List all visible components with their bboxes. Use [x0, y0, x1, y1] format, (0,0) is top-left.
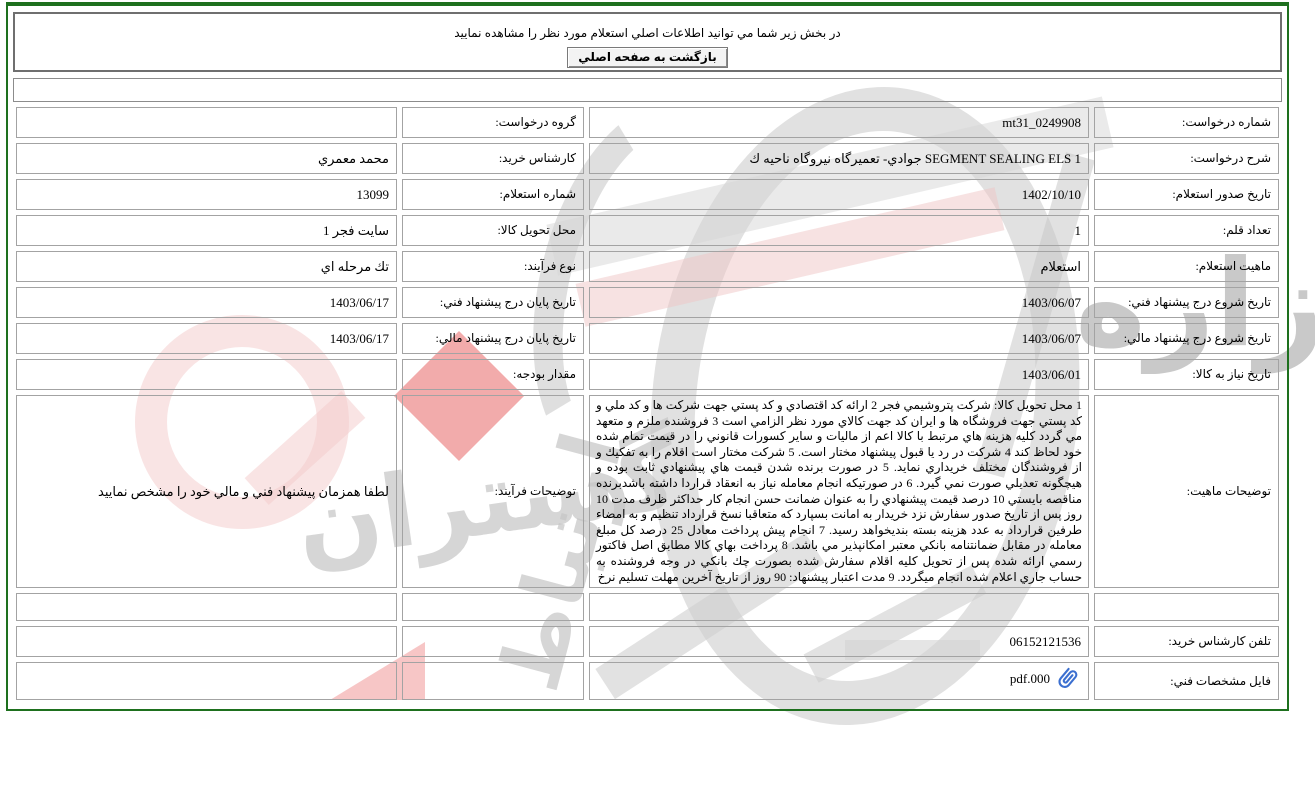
field-label-cell: نوع فرآيند:: [402, 251, 584, 282]
field-label-cell: مقدار بودجه:: [402, 359, 584, 390]
table-row: تعداد قلم:1محل تحويل كالا:سايت فجر 1: [16, 215, 1279, 246]
field-value-cell: لطفا همزمان پيشنهاد فني و مالي خود را مش…: [16, 395, 397, 588]
field-value-cell: محمد معمري: [16, 143, 397, 174]
inquiry-info-table: شماره درخواست:mt31_0249908گروه درخواست:ش…: [11, 102, 1284, 705]
field-label-cell: تلفن كارشناس خريد:: [1094, 626, 1279, 657]
empty-row-box: [13, 78, 1282, 102]
field-label-cell: توضيحات فرآيند:: [402, 395, 584, 588]
field-value-cell: [16, 593, 397, 621]
field-value-cell: [16, 626, 397, 657]
notice-text: در بخش زير شما مي توانيد اطلاعات اصلي اس…: [15, 14, 1280, 40]
table-row: فايل مشخصات فني:pdf.000: [16, 662, 1279, 700]
field-value-cell: تك مرحله اي: [16, 251, 397, 282]
field-label-cell: [402, 626, 584, 657]
field-label-cell: گروه درخواست:: [402, 107, 584, 138]
field-value-cell: [16, 359, 397, 390]
field-value-cell: 1403/06/07: [589, 323, 1089, 354]
field-label-cell: شرح درخواست:: [1094, 143, 1279, 174]
field-label-cell: فايل مشخصات فني:: [1094, 662, 1279, 700]
table-row: شرح درخواست:SEGMENT SEALING ELS 1 جوادي-…: [16, 143, 1279, 174]
table-row: تاريخ صدور استعلام:1402/10/10شماره استعل…: [16, 179, 1279, 210]
field-label-cell: شماره درخواست:: [1094, 107, 1279, 138]
table-row: تلفن كارشناس خريد:06152121536: [16, 626, 1279, 657]
table-row: شماره درخواست:mt31_0249908گروه درخواست:: [16, 107, 1279, 138]
field-label-cell: كارشناس خريد:: [402, 143, 584, 174]
field-label-cell: تاريخ شروع درج پيشنهاد مالي:: [1094, 323, 1279, 354]
field-value-cell: 06152121536: [589, 626, 1089, 657]
field-value-cell: [589, 593, 1089, 621]
field-label-cell: تاريخ شروع درج پيشنهاد فني:: [1094, 287, 1279, 318]
field-value-cell: [16, 662, 397, 700]
table-row: تاريخ شروع درج پيشنهاد مالي:1403/06/07تا…: [16, 323, 1279, 354]
field-value-cell: 1403/06/01: [589, 359, 1089, 390]
info-table-body: شماره درخواست:mt31_0249908گروه درخواست:ش…: [16, 107, 1279, 700]
table-row: تاريخ نياز به كالا:1403/06/01مقدار بودجه…: [16, 359, 1279, 390]
field-value-cell: pdf.000: [589, 662, 1089, 700]
table-row: تاريخ شروع درج پيشنهاد فني:1403/06/07تار…: [16, 287, 1279, 318]
field-value-cell: سايت فجر 1: [16, 215, 397, 246]
attachment-link[interactable]: pdf.000: [1010, 665, 1081, 693]
table-row: ماهيت استعلام:استعلامنوع فرآيند:تك مرحله…: [16, 251, 1279, 282]
back-to-home-button[interactable]: بازگشت به صفحه اصلي: [567, 47, 728, 68]
field-value-cell: 1403/06/17: [16, 323, 397, 354]
field-value-cell: mt31_0249908: [589, 107, 1089, 138]
field-label-cell: محل تحويل كالا:: [402, 215, 584, 246]
attachment-filename[interactable]: pdf.000: [1010, 671, 1050, 687]
field-label-cell: تاريخ پايان درج پيشنهاد فني:: [402, 287, 584, 318]
field-value-cell: 1402/10/10: [589, 179, 1089, 210]
field-label-cell: تاريخ پايان درج پيشنهاد مالي:: [402, 323, 584, 354]
table-row: [16, 593, 1279, 621]
field-label-cell: شماره استعلام:: [402, 179, 584, 210]
field-label-cell: [1094, 593, 1279, 621]
field-label-cell: ماهيت استعلام:: [1094, 251, 1279, 282]
field-label-cell: تاريخ صدور استعلام:: [1094, 179, 1279, 210]
field-value-cell: 13099: [16, 179, 397, 210]
field-value-cell: SEGMENT SEALING ELS 1 جوادي- تعميرگاه ني…: [589, 143, 1089, 174]
field-value-cell: 1403/06/17: [16, 287, 397, 318]
field-label-cell: تعداد قلم:: [1094, 215, 1279, 246]
field-label-cell: تاريخ نياز به كالا:: [1094, 359, 1279, 390]
field-value-cell: استعلام: [589, 251, 1089, 282]
field-label-cell: [402, 593, 584, 621]
field-value-cell: [16, 107, 397, 138]
field-value-cell: 1 محل تحويل كالا: شركت پتروشيمي فجر 2 ار…: [589, 395, 1089, 588]
notice-box: در بخش زير شما مي توانيد اطلاعات اصلي اس…: [13, 12, 1282, 72]
field-label-cell: توضيحات ماهيت:: [1094, 395, 1279, 588]
field-value-cell: 1403/06/07: [589, 287, 1089, 318]
field-value-cell: 1: [589, 215, 1089, 246]
paperclip-icon: [1053, 665, 1081, 693]
field-label-cell: [402, 662, 584, 700]
page-frame: در بخش زير شما مي توانيد اطلاعات اصلي اس…: [6, 2, 1289, 711]
table-row: توضيحات ماهيت:1 محل تحويل كالا: شركت پتر…: [16, 395, 1279, 588]
